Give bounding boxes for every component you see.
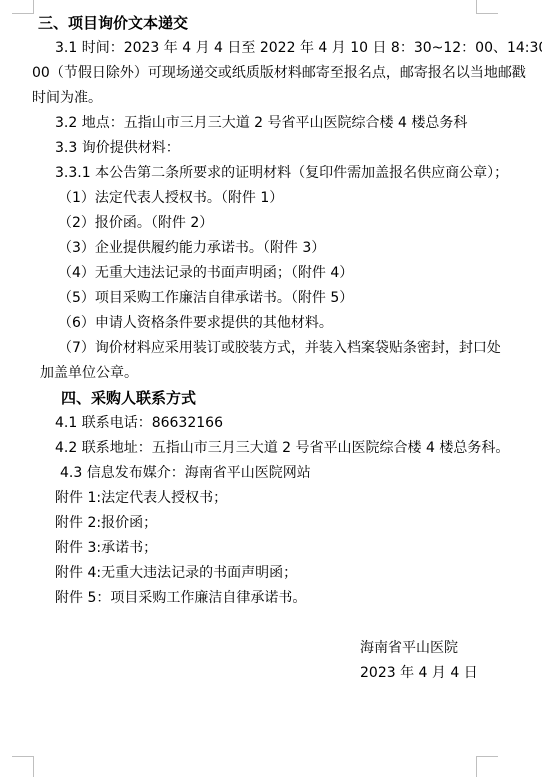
- attachment-1: 附件 1:法定代表人授权书；: [0, 486, 542, 511]
- heading-section-3: 三、项目询价文本递交: [0, 11, 542, 36]
- list-item-5: （5）项目采购工作廉洁自律承诺书。（附件 5）: [0, 286, 542, 311]
- para-3-2: 3.2 地点：五指山市三月三大道 2 号省平山医院综合楼 4 楼总务科: [0, 111, 542, 136]
- signature-org: 海南省平山医院: [0, 636, 542, 661]
- document-content: 三、项目询价文本递交 3.1 时间：2023 年 4 月 4 日至 2022 年…: [0, 11, 542, 686]
- heading-section-4: 四、采购人联系方式: [0, 386, 542, 411]
- crop-mark-bottom-left-icon: [12, 756, 34, 777]
- attachment-5: 附件 5：项目采购工作廉洁自律承诺书。: [0, 586, 542, 611]
- para-3-1-line-2: 00（节假日除外）可现场递交或纸质版材料邮寄至报名点，邮寄报名以当地邮戳: [0, 61, 542, 86]
- list-item-2: （2）报价函。（附件 2）: [0, 211, 542, 236]
- attachment-2: 附件 2:报价函；: [0, 511, 542, 536]
- para-4-3: 4.3 信息发布媒介：海南省平山医院网站: [0, 461, 542, 486]
- blank-line: [0, 611, 542, 636]
- list-item-4: （4）无重大违法记录的书面声明函；（附件 4）: [0, 261, 542, 286]
- para-3-3-1: 3.3.1 本公告第二条所要求的证明材料（复印件需加盖报名供应商公章）；: [0, 161, 542, 186]
- list-item-7: （7）询价材料应采用装订或胶装方式，并装入档案袋贴条密封，封口处: [0, 336, 542, 361]
- crop-mark-bottom-right-icon: [476, 756, 498, 777]
- para-3-1-line-1: 3.1 时间：2023 年 4 月 4 日至 2022 年 4 月 10 日 8…: [0, 36, 542, 61]
- signature-date: 2023 年 4 月 4 日: [0, 661, 542, 686]
- list-item-1: （1）法定代表人授权书。（附件 1）: [0, 186, 542, 211]
- list-item-6: （6）申请人资格条件要求提供的其他材料。: [0, 311, 542, 336]
- para-3-1-line-3: 时间为准。: [0, 86, 542, 111]
- document-page: 三、项目询价文本递交 3.1 时间：2023 年 4 月 4 日至 2022 年…: [0, 0, 542, 782]
- para-3-3: 3.3 询价提供材料：: [0, 136, 542, 161]
- para-4-1: 4.1 联系电话：86632166: [0, 411, 542, 436]
- list-item-3: （3）企业提供履约能力承诺书。（附件 3）: [0, 236, 542, 261]
- attachment-3: 附件 3:承诺书；: [0, 536, 542, 561]
- attachment-4: 附件 4:无重大违法记录的书面声明函；: [0, 561, 542, 586]
- list-item-7-wrap: 加盖单位公章。: [0, 361, 542, 386]
- para-4-2: 4.2 联系地址：五指山市三月三大道 2 号省平山医院综合楼 4 楼总务科。: [0, 436, 542, 461]
